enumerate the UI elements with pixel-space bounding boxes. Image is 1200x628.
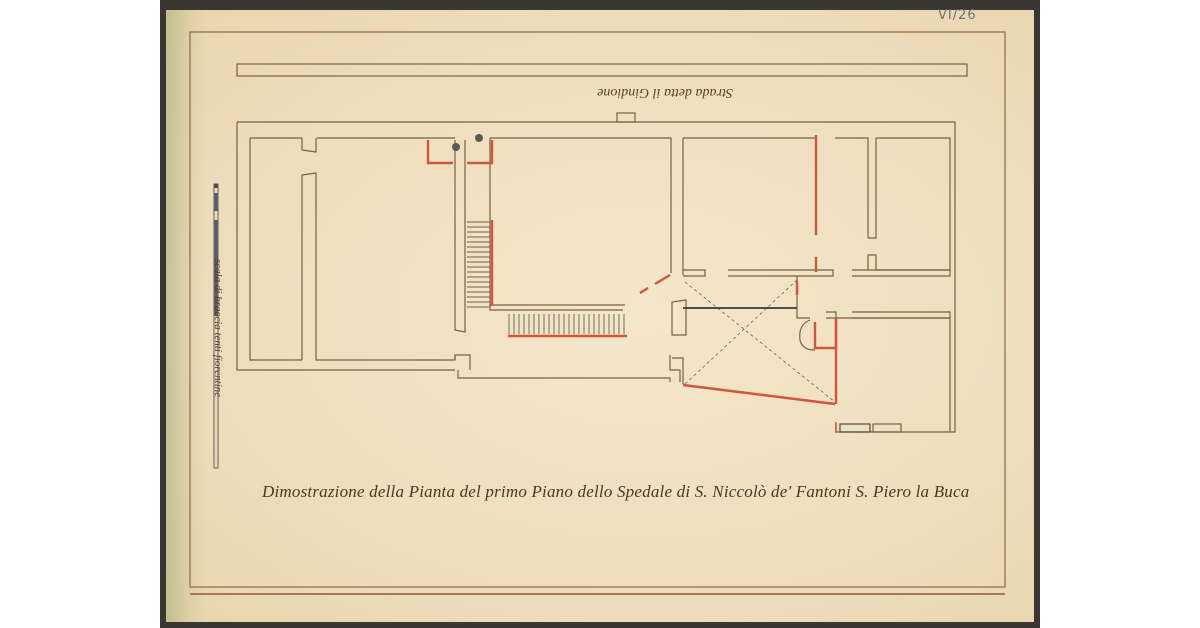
column-dot	[452, 143, 460, 151]
scale-label: scala di braccia tenti fiorentine	[212, 223, 224, 433]
plan-caption: Dimostrazione della Pianta del primo Pia…	[262, 482, 962, 502]
column-dot	[475, 134, 483, 142]
staircase-vertical	[467, 222, 490, 307]
street-label: Strada detta il Gindione	[565, 84, 765, 100]
archive-reference: VI/26	[938, 8, 977, 23]
staircase-horizontal	[509, 314, 624, 334]
vault-lines	[685, 280, 835, 402]
